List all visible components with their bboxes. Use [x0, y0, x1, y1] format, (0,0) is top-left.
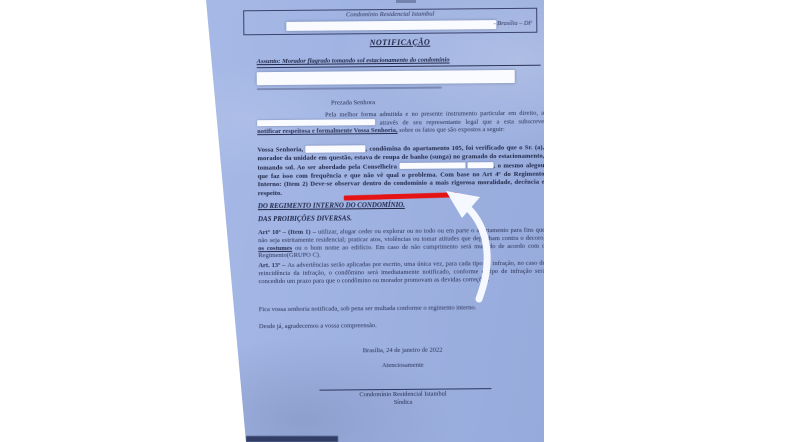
article-13-lead: Art. 13º – — [258, 262, 287, 269]
photo-of-notification-letter: Condomínio Residencial Istambul - Brasíl… — [0, 0, 786, 442]
redaction-box-counselor-name-2 — [467, 162, 493, 169]
paragraph-intro-text-c: sobre os fatos que são expostos a seguir… — [398, 126, 505, 134]
salutation: Prezada Senhora — [331, 99, 375, 106]
redaction-box-counselor-name — [399, 162, 465, 169]
subject-text: Assunto: Morador flagrado tomando sol es… — [257, 56, 450, 65]
faded-text-remnant — [257, 87, 442, 91]
regards-line: Atenciosamente — [259, 361, 546, 371]
paper-sheet: Condomínio Residencial Istambul - Brasíl… — [0, 0, 786, 442]
paragraph-intro-bold: notificar respeitosa e formalmente Vossa… — [257, 127, 397, 135]
letterhead-box: Condomínio Residencial Istambul - Brasíl… — [243, 8, 537, 36]
notification-title: NOTIFICAÇÃO — [256, 37, 543, 49]
paragraph-incident-text-a: Vossa Senhoria, — [257, 146, 305, 153]
article-10-lead: Artº 10º – (Item 1) – — [258, 229, 318, 237]
article-10-text-b: ou o bom nome ao edifício. Em caso de nã… — [258, 242, 545, 259]
closing-line-1: Fica vossa senhoria notificada, sob pena… — [259, 304, 477, 313]
redaction-box-address — [286, 20, 496, 30]
article-10-emphasis: os costumes — [258, 244, 292, 251]
date-line: Brasília, 24 de janeiro de 2022 — [259, 346, 546, 356]
letterhead-city: - Brasília – DF — [494, 20, 533, 27]
paragraph-intro: Pela melhor forma admitida e no presente… — [257, 110, 544, 136]
closing-line-2: Desde já, agradecemos a vossa compreensã… — [259, 322, 377, 330]
letterhead-condo-name: Condomínio Residencial Istambul — [244, 10, 536, 20]
article-13-paragraph: Art. 13º – As advertências serão aplicad… — [258, 260, 545, 286]
article-13-text: As advertências serão aplicadas por escr… — [258, 260, 545, 285]
redaction-box-recipient — [257, 70, 515, 85]
paragraph-incident: Vossa Senhoria, , condômina do apartamen… — [257, 144, 544, 199]
letter-content: Condomínio Residencial Istambul - Brasíl… — [0, 0, 786, 442]
subject-line: Assunto: Morador flagrado tomando sol es… — [257, 56, 541, 68]
section-heading-regimento: DO REGIMENTO INTERNO DO CONDOMÍNIO. — [258, 202, 405, 210]
section-heading-proibicoes: DAS PROIBIÇÕES DIVERSAS. — [258, 215, 352, 223]
paragraph-intro-text-b: através de seu representante legal que a… — [375, 118, 544, 126]
signature-role: Síndica — [260, 398, 547, 408]
redaction-box-resident-name — [305, 145, 365, 152]
redaction-box-company — [257, 119, 375, 127]
article-10-paragraph: Artº 10º – (Item 1) – utilizar, alugar c… — [258, 227, 545, 261]
